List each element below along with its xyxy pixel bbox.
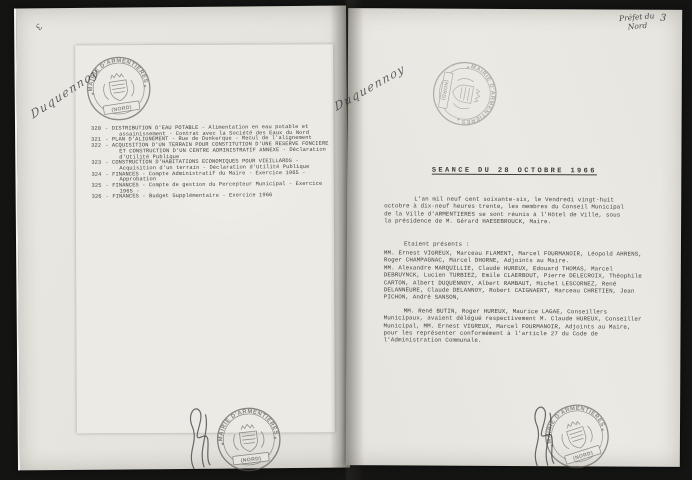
svg-text:★: ★ — [90, 91, 95, 98]
agenda-item-number: 323 — [87, 161, 101, 167]
svg-text:★: ★ — [464, 65, 471, 70]
scanned-register-spread: { "scan": { "corner_mark_left": "3", "co… — [0, 0, 692, 480]
agenda-item-number: 326 — [88, 195, 102, 201]
signature-flourish — [179, 399, 222, 473]
municipal-stamp: MAIRIE D'ARMENTIERES ★ ★ (NORD) — [426, 55, 503, 132]
coat-of-arms-icon — [232, 423, 265, 454]
stamp-seal-icon: MAIRIE D'ARMENTIERES ★ ★ (NORD) — [81, 51, 156, 126]
svg-text:★: ★ — [600, 427, 606, 434]
municipal-stamp: MAIRIE D'ARMENTIERES ★ ★ (NORD) — [81, 51, 156, 126]
session-title: SEANCE DU 28 OCTOBRE 1966 — [347, 166, 681, 176]
agenda-item-number: 322 — [87, 144, 101, 150]
agenda-item-number: 324 — [87, 172, 101, 178]
svg-text:★: ★ — [455, 117, 462, 122]
session-intro-paragraph: L'an mil neuf cent soixante-six, le Vend… — [384, 195, 630, 225]
register-right-page: Préfet du Nord 3 SEANCE DU 28 OCTOBRE 19… — [346, 8, 682, 467]
agenda-item-list: 320 - DISTRIBUTION D'EAU POTABLE - Alime… — [87, 125, 332, 201]
svg-text:★: ★ — [273, 435, 278, 441]
coat-of-arms-icon — [450, 77, 482, 112]
stamp-seal-icon: MAIRIE D'ARMENTIERES ★ ★ (NORD) — [426, 55, 503, 132]
stamp-seal-icon: MAIRIE D'ARMENTIERES ★ ★ (NORD) — [212, 403, 285, 476]
page-number-right: 3 — [660, 13, 667, 24]
presents-label: Etaient présents : — [404, 240, 604, 248]
signature-flourish — [526, 399, 568, 473]
register-left-page: 3 320 - DISTRIBUTION D'EAU POTABLE - Ali… — [14, 6, 350, 471]
delegations-paragraph: MM. René BUTIN, Roger HUREUX, Maurice LA… — [383, 307, 645, 345]
svg-text:★: ★ — [143, 83, 148, 90]
prefet-handwritten-note: Préfet du Nord — [614, 12, 661, 33]
agenda-item-number: 325 — [88, 184, 102, 190]
conseillers-paragraph: MM. Alexandre MARQUILLIE, Claude HUREUX,… — [384, 264, 652, 302]
page-number-left: 3 — [34, 22, 44, 32]
adjoints-paragraph: MM. Ernest VIGREUX, Marceau FLAMENT, Mar… — [384, 249, 648, 265]
coat-of-arms-icon — [101, 71, 135, 103]
municipal-stamp: MAIRIE D'ARMENTIERES ★ ★ (NORD) — [212, 403, 285, 476]
agenda-item-number: 320 — [87, 127, 101, 133]
